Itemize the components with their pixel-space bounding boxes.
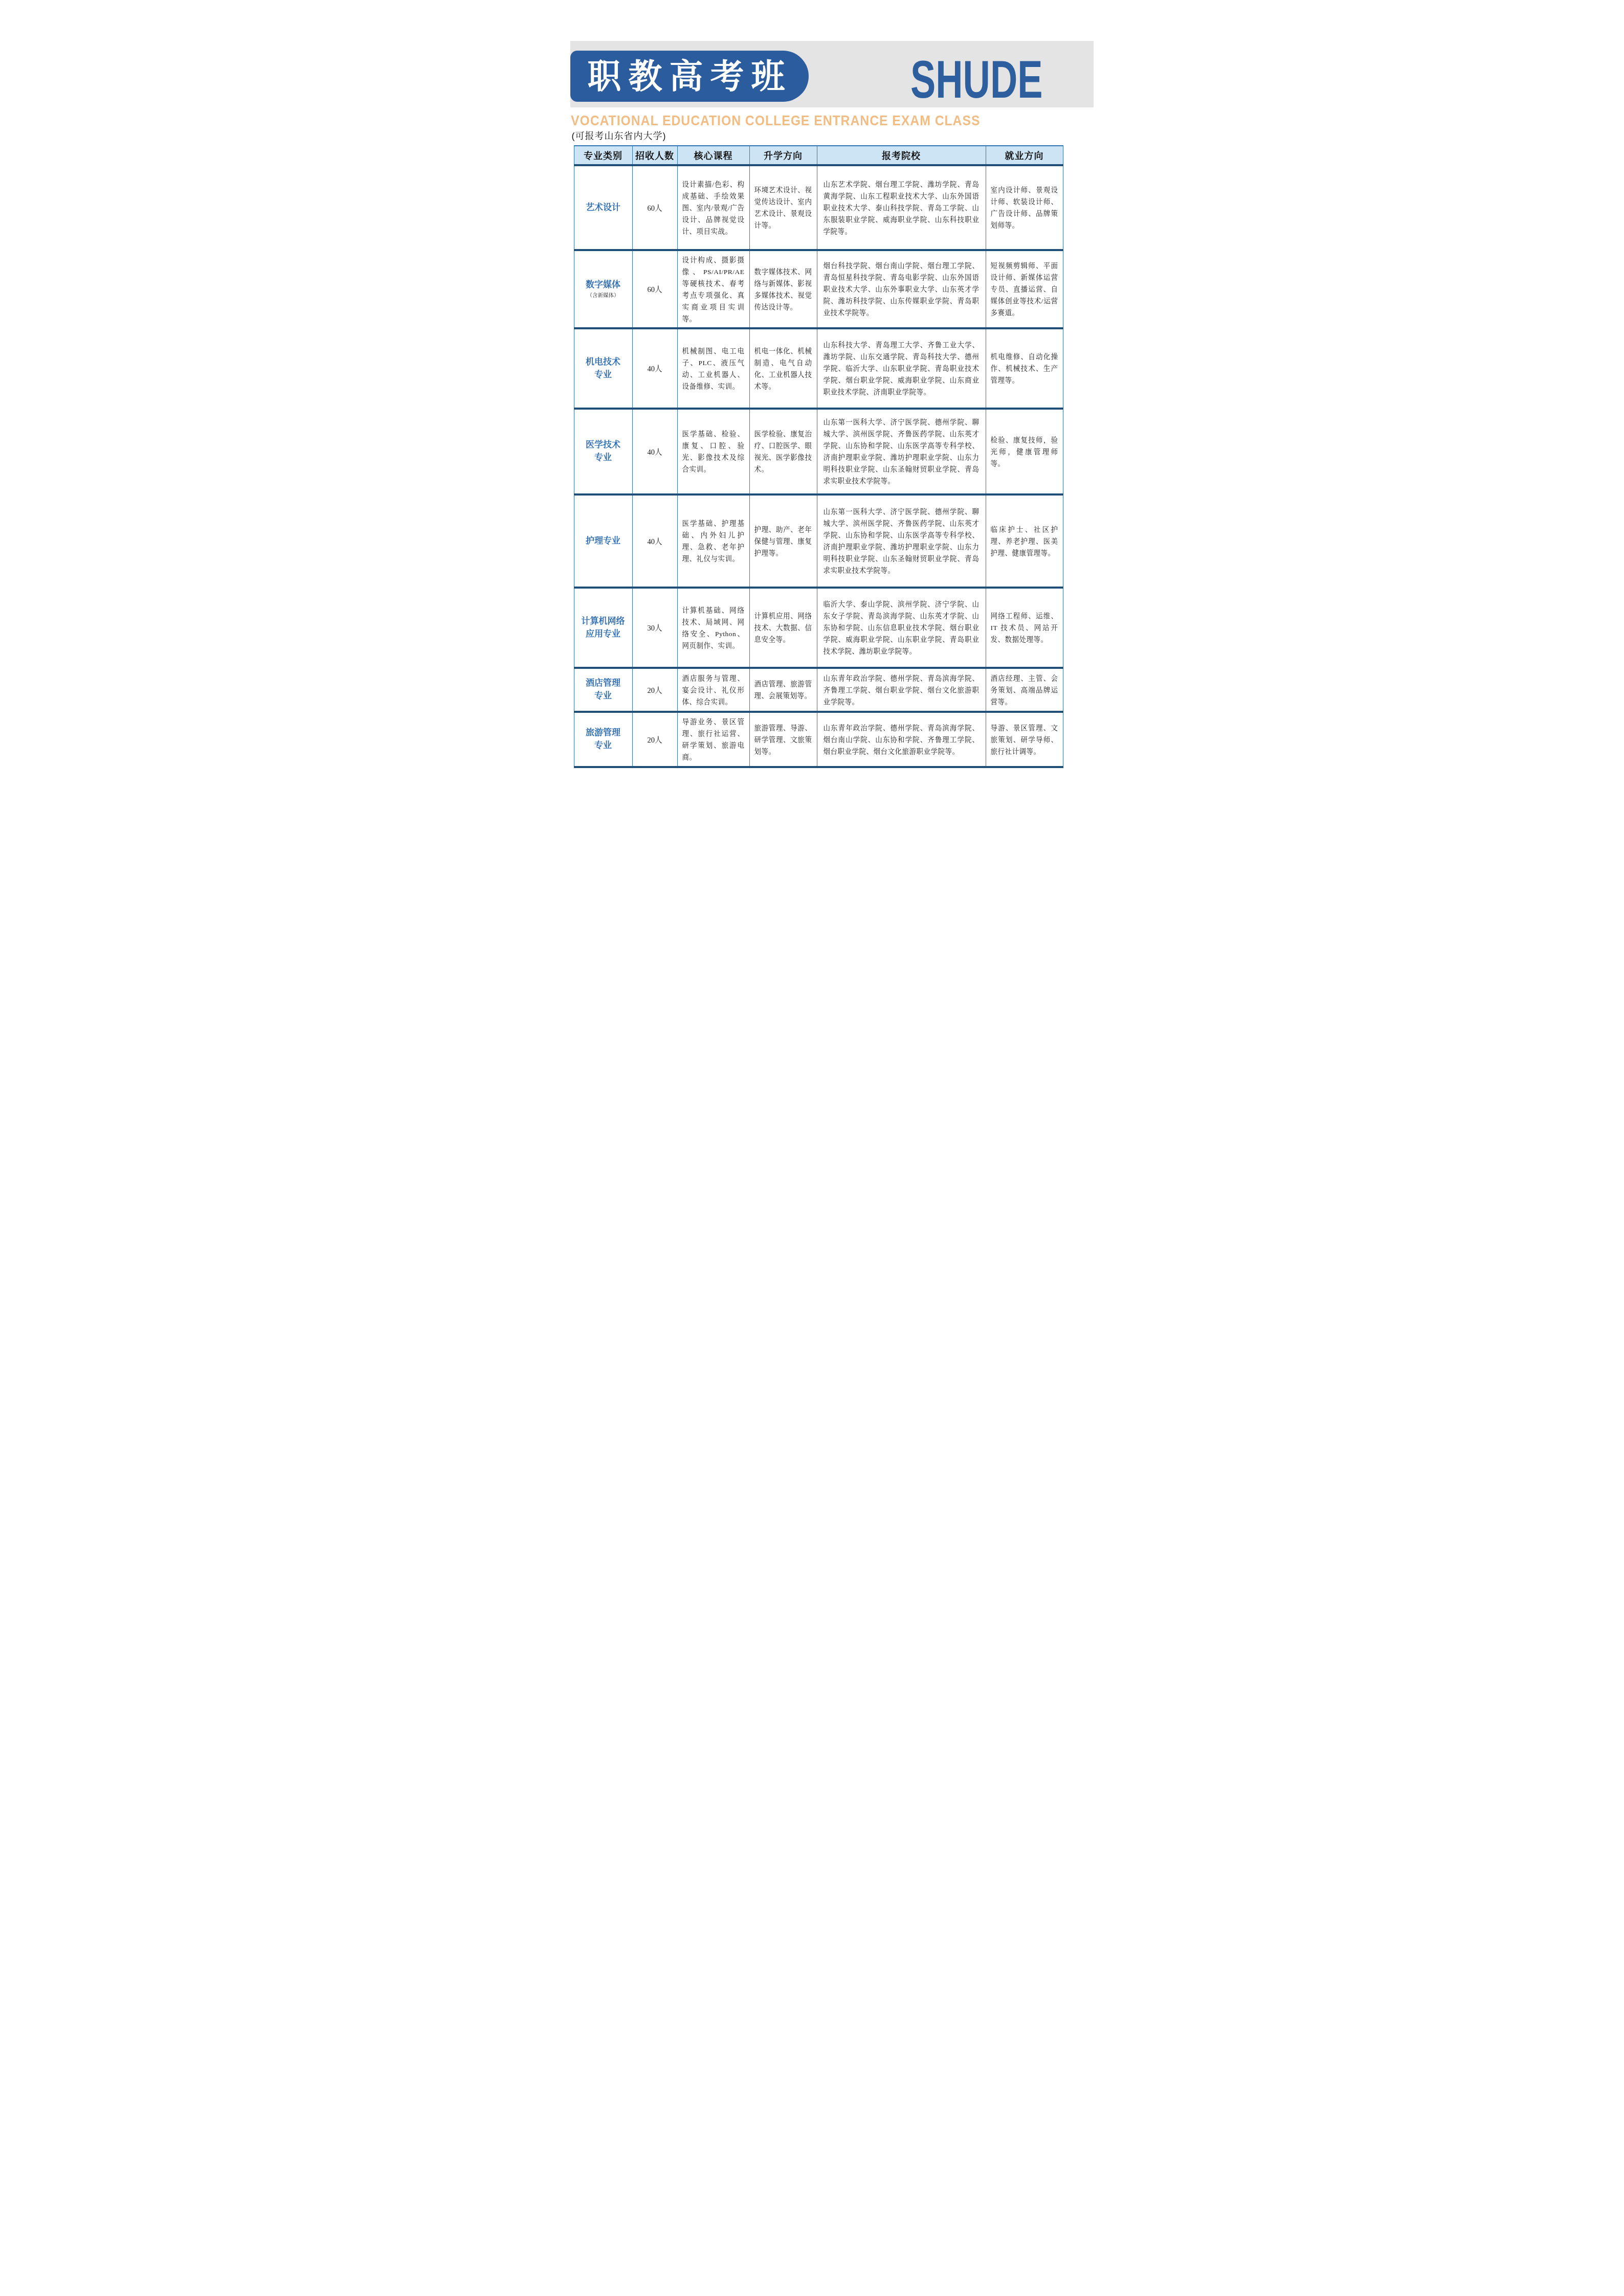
major-cell: 机电技术 专业 [574,328,632,409]
major-cell: 计算机网络 应用专业 [574,588,632,668]
major-label: 旅游管理 专业 [586,728,620,750]
enrollment-cell: 20人 [632,668,677,712]
subtitle-en: VOCATIONAL EDUCATION COLLEGE ENTRANCE EX… [571,113,980,129]
major-cell: 护理专业 [574,494,632,588]
careers-cell: 导游、景区管理、文旅策划、研学导师、旅行社计调等。 [986,712,1063,767]
careers-cell: 短视频剪辑师、平面设计师、新媒体运营专员、直播运营、自媒体创业等技术/运营多赛道… [986,250,1063,328]
table-row: 旅游管理 专业 20人 导游业务、景区管理、旅行社运营、研学策划、旅游电商。 旅… [574,712,1063,767]
column-header-advancement: 升学方向 [749,146,817,165]
major-label: 计算机网络 应用专业 [582,616,625,639]
enrollment-cell: 60人 [632,165,677,250]
careers-cell: 网络工程师、运维、IT 技术员、网站开发、数据处理等。 [986,588,1063,668]
column-header-major: 专业类别 [574,146,632,165]
major-cell: 旅游管理 专业 [574,712,632,767]
eligibility-note: (可报考山东省内大学) [572,129,666,142]
major-cell: 酒店管理 专业 [574,668,632,712]
enrollment-cell: 40人 [632,409,677,494]
core-courses-cell: 设计素描/色彩、构成基础、手绘效果图、室内/景观/广告设计、品牌视觉设计、项目实… [677,165,749,250]
page-title: 职教高考班 [588,59,792,93]
column-header-core-courses: 核心课程 [677,146,749,165]
colleges-cell: 烟台科技学院、烟台南山学院、烟台理工学院、青岛恒星科技学院、青岛电影学院、山东外… [817,250,986,328]
enrollment-cell: 40人 [632,494,677,588]
careers-cell: 酒店经理、主管、会务策划、高端品牌运营等。 [986,668,1063,712]
core-courses-cell: 医学基础、检验、康复、口腔、验光、影像技术及综合实训。 [677,409,749,494]
core-courses-cell: 设计构成、摄影摄像、PS/AI/PR/AE等硬核技术、春考考点专项强化、真实商业… [677,250,749,328]
advancement-cell: 护理、助产、老年保健与管理、康复护理等。 [749,494,817,588]
major-label: 酒店管理 专业 [586,678,620,701]
major-cell: 医学技术 专业 [574,409,632,494]
enrollment-cell: 60人 [632,250,677,328]
advancement-cell: 旅游管理、导游、研学管理、文旅策划等。 [749,712,817,767]
table-row: 计算机网络 应用专业 30人 计算机基础、网络技术、局域网、网络安全、Pytho… [574,588,1063,668]
colleges-cell: 山东青年政治学院、德州学院、青岛滨海学院、齐鲁理工学院、烟台职业学院、烟台文化旅… [817,668,986,712]
core-courses-cell: 医学基础、护理基础、内外妇儿护理、急救、老年护理、礼仪与实训。 [677,494,749,588]
advancement-cell: 环境艺术设计、视觉传达设计、室内艺术设计、景观设计等。 [749,165,817,250]
core-courses-cell: 导游业务、景区管理、旅行社运营、研学策划、旅游电商。 [677,712,749,767]
core-courses-cell: 机械制图、电工电子、PLC、液压气动、工业机器人、设备维修、实训。 [677,328,749,409]
enrollment-cell: 40人 [632,328,677,409]
major-label: 护理专业 [586,536,620,546]
core-courses-cell: 酒店服务与管理、宴会设计、礼仪形体、综合实训。 [677,668,749,712]
major-note: （含新媒体） [575,292,631,300]
careers-cell: 临床护士、社区护理、养老护理、医美护理、健康管理等。 [986,494,1063,588]
colleges-cell: 山东第一医科大学、济宁医学院、德州学院、聊城大学、滨州医学院、齐鲁医药学院、山东… [817,409,986,494]
major-cell: 艺术设计 [574,165,632,250]
major-label: 数字媒体 [586,280,620,289]
table-row: 艺术设计 60人 设计素描/色彩、构成基础、手绘效果图、室内/景观/广告设计、品… [574,165,1063,250]
colleges-cell: 山东青年政治学院、德州学院、青岛滨海学院、烟台南山学院、山东协和学院、齐鲁理工学… [817,712,986,767]
enrollment-cell: 20人 [632,712,677,767]
column-header-enrollment: 招收人数 [632,146,677,165]
major-label: 医学技术 专业 [586,440,620,462]
brand-wordmark: SHUDE [910,53,1042,106]
advancement-cell: 数字媒体技术、网络与新媒体、影视多媒体技术、视觉传达设计等。 [749,250,817,328]
table-row: 医学技术 专业 40人 医学基础、检验、康复、口腔、验光、影像技术及综合实训。 … [574,409,1063,494]
table-row: 酒店管理 专业 20人 酒店服务与管理、宴会设计、礼仪形体、综合实训。 酒店管理… [574,668,1063,712]
advancement-cell: 医学检验、康复治疗、口腔医学、眼视光、医学影像技术。 [749,409,817,494]
title-badge: 职教高考班 [570,51,809,102]
careers-cell: 室内设计师、景观设计师、软装设计师、广告设计师、品牌策划师等。 [986,165,1063,250]
enrollment-cell: 30人 [632,588,677,668]
advancement-cell: 计算机应用、网络技术、大数据、信息安全等。 [749,588,817,668]
column-header-colleges: 报考院校 [817,146,986,165]
major-label: 艺术设计 [586,202,620,212]
careers-cell: 检验、康复技师，验光师，健康管理师等。 [986,409,1063,494]
table-header-row: 专业类别 招收人数 核心课程 升学方向 报考院校 就业方向 [574,146,1063,165]
colleges-cell: 临沂大学、泰山学院、滨州学院、济宁学院、山东女子学院、青岛滨海学院、山东英才学院… [817,588,986,668]
careers-cell: 机电维修、自动化操作、机械技术、生产管理等。 [986,328,1063,409]
colleges-cell: 山东第一医科大学、济宁医学院、德州学院、聊城大学、滨州医学院、齐鲁医药学院、山东… [817,494,986,588]
column-header-careers: 就业方向 [986,146,1063,165]
colleges-cell: 山东科技大学、青岛理工大学、齐鲁工业大学、潍坊学院、山东交通学院、青岛科技大学、… [817,328,986,409]
majors-table: 专业类别 招收人数 核心课程 升学方向 报考院校 就业方向 艺术设计 60人 设… [574,145,1063,768]
table-row: 机电技术 专业 40人 机械制图、电工电子、PLC、液压气动、工业机器人、设备维… [574,328,1063,409]
core-courses-cell: 计算机基础、网络技术、局域网、网络安全、Python、网页制作、实训。 [677,588,749,668]
table-row: 数字媒体（含新媒体） 60人 设计构成、摄影摄像、PS/AI/PR/AE等硬核技… [574,250,1063,328]
major-label: 机电技术 专业 [586,357,620,379]
flyer-page: 职教高考班 SHUDE VOCATIONAL EDUCATION COLLEGE… [531,0,1094,796]
table-row: 护理专业 40人 医学基础、护理基础、内外妇儿护理、急救、老年护理、礼仪与实训。… [574,494,1063,588]
advancement-cell: 机电一体化、机械制造、电气自动化、工业机器人技术等。 [749,328,817,409]
colleges-cell: 山东艺术学院、烟台理工学院、潍坊学院、青岛黄海学院、山东工程职业技术大学、山东外… [817,165,986,250]
major-cell: 数字媒体（含新媒体） [574,250,632,328]
advancement-cell: 酒店管理、旅游管理、会展策划等。 [749,668,817,712]
